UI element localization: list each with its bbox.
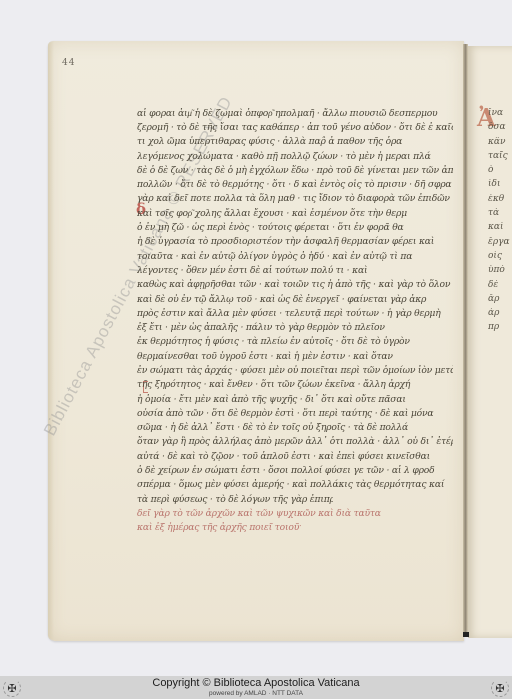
manuscript-line-text: καὶ ἐξ ἡμέρας τῆς ἀρχῆς ποιεῖ τοιοῦτον: [137, 522, 301, 533]
right-page-line: ὅσα: [488, 122, 512, 136]
manuscript-viewer[interactable]: 44 Biblioteca Apostolica Vaticana © RESE…: [0, 0, 512, 676]
manuscript-line: οὐσία ἀπὸ τῶν · ὅτι δὲ θερμὸν ἐστὶ · ὅτι…: [137, 406, 453, 420]
manuscript-line-text: τοιαῦτα · καὶ ἐν αὐτῷ ὀλίγον ὑγρὸς ὁ ἡδύ…: [137, 251, 453, 262]
right-page-line: κἂν: [488, 137, 512, 151]
manuscript-line-text: θερμαίνεσθαι τοῦ ὑγροῦ ἐστι · καὶ ἡ μὲν …: [137, 351, 453, 362]
binding-gutter: [463, 44, 468, 636]
manuscript-line: ἡ ὁμοία · ἔτι μὲν καὶ ἀπὸ τῆς ψυχῆς · δι…: [137, 392, 453, 406]
manuscript-line-text: αἱ φοραι ἁιμ͂ ἡ δὲ ζωμαὶ ὁπφορ͂ ηπολμαῆ …: [137, 108, 453, 119]
manuscript-line: πρὸς ἐστιν καὶ ἄλλα μὲν φύσει · τελευτᾷ …: [137, 306, 453, 320]
manuscript-line-text: ζερομῆ · τὸ δὲ τῆς ἴσαι τας καθάπερ · ἀπ…: [137, 122, 453, 133]
powered-by-text: powered by AMLAD · NTT DATA: [0, 690, 512, 698]
manuscript-line: δεῖ γὰρ τὸ τῶν ἀρχῶν καὶ τῶν ψυχικῶν καὶ…: [137, 506, 453, 520]
gutter-mark: [463, 632, 469, 637]
manuscript-line: καὶ δὲ οὐ ἐν τῷ ἄλλῳ τοῦ · καὶ ὡς δὲ ἐνε…: [137, 292, 453, 306]
manuscript-text: αἱ φοραι ἁιμ͂ ἡ δὲ ζωμαὶ ὁπφορ͂ ηπολμαῆ …: [137, 106, 453, 535]
right-page-text: ἴναὅσακἂνταῖςὁἰδιἐκθτὰκαὶἔργαοἷςὑπὸδὲἄρἀ…: [488, 108, 512, 337]
right-page-line: ἄρ: [488, 294, 512, 308]
manuscript-line-text: δεῖ γὰρ τὸ τῶν ἀρχῶν καὶ τῶν ψυχικῶν καὶ…: [137, 508, 453, 519]
manuscript-line: ζερομῆ · τὸ δὲ τῆς ἴσαι τας καθάπερ · ἀπ…: [137, 120, 453, 134]
right-page-line: ὑπὸ: [488, 265, 512, 279]
manuscript-line: γὰρ καὶ δεῖ ποτε πολλα τὰ ὅλη μαθ · τις …: [137, 192, 453, 206]
manuscript-line-text: οὐσία ἀπὸ τῶν · ὅτι δὲ θερμὸν ἐστὶ · ὅτι…: [137, 408, 453, 419]
manuscript-line: σῶμα · ἡ δὲ ἀλλ᾽ ἔστι · δὲ τὸ ἐν τοῖς οὐ…: [137, 421, 453, 435]
manuscript-line-text: καὶ τοῖς φορ͂ χολης ἄλλαι ἔχουσι · καὶ ἐ…: [137, 208, 453, 219]
copyright-text: Copyright © Biblioteca Apostolica Vatica…: [0, 676, 512, 690]
right-page-line: δὲ: [488, 280, 512, 294]
right-page-line: ἐκθ: [488, 194, 512, 208]
manuscript-line-text: πολλῶν · ὅτι δὲ τὸ θερμότης · ὅτι · δ κα…: [137, 179, 453, 190]
copyright-footer: Copyright © Biblioteca Apostolica Vatica…: [0, 676, 512, 699]
manuscript-line: τῆς ξηρότητος · καὶ ἔνθεν · ὅτι τῶν ζώων…: [137, 378, 453, 392]
manuscript-line: αἱ φοραι ἁιμ͂ ἡ δὲ ζωμαὶ ὁπφορ͂ ηπολμαῆ …: [137, 106, 453, 120]
manuscript-line: καὶ ἐξ ἡμέρας τῆς ἀρχῆς ποιεῖ τοιοῦτον: [137, 521, 453, 535]
manuscript-line: καθὼς καὶ ἀφῃρῆσθαι τῶν · καὶ τοιῶν τις …: [137, 278, 453, 292]
manuscript-line-text: τι χολ ῶμα ὑπερτιθαρας φύσις · ἀλλὰ παρ̂…: [137, 136, 453, 147]
manuscript-line-text: πρὸς ἐστιν καὶ ἄλλα μὲν φύσει · τελευτᾷ …: [137, 308, 453, 319]
right-page-line: ἴνα: [488, 108, 512, 122]
manuscript-line-text: καθὼς καὶ ἀφῃρῆσθαι τῶν · καὶ τοιῶν τις …: [137, 279, 453, 290]
vatican-library-emblem-icon: ✠: [2, 678, 22, 698]
manuscript-line-text: ὅταν γὰρ ἢ πρὸς ἀλλήλας ἀπὸ μερῶν ἀλλ᾽ ὁ…: [137, 436, 453, 447]
manuscript-line: καὶ τοῖς φορ͂ χολης ἄλλαι ἔχουσι · καὶ ἐ…: [137, 206, 453, 220]
manuscript-line-text: σῶμα · ἡ δὲ ἀλλ᾽ ἔστι · δὲ τὸ ἐν τοῖς οὐ…: [137, 422, 453, 433]
right-page-line: ἀρ: [488, 308, 512, 322]
right-page-line: καὶ: [488, 222, 512, 236]
manuscript-line: τὰ περὶ φύσεως · τὸ δὲ λόγων τῆς γὰρ ἐπι…: [137, 492, 453, 506]
manuscript-line: ὅταν γὰρ ἢ πρὸς ἀλλήλας ἀπὸ μερῶν ἀλλ᾽ ὁ…: [137, 435, 453, 449]
manuscript-line-text: ἐκ θερμότητος ἡ φύσις · τὰ πλείω ἐν αὐτο…: [137, 336, 453, 347]
manuscript-line-text: ὁ ἐν μὴ ζῶ · ὡς περὶ ἑνὸς · τούτοις φέρε…: [137, 222, 453, 233]
manuscript-line-text: λεγόμενος χολώματα · καθὸ πῇ πολλῷ ζώων …: [137, 151, 453, 162]
manuscript-line-text: λέγοντες · ὅθεν μέν ἐστι δὲ αἱ τούτων πο…: [137, 265, 453, 276]
manuscript-line: αὐτά · δὲ καὶ τὸ ζῷον · τοῦ ἁπλοῦ ἐστι ·…: [137, 449, 453, 463]
manuscript-line-text: τῆς ξηρότητος · καὶ ἔνθεν · ὅτι τῶν ζώων…: [137, 379, 453, 390]
right-page-line: πρ: [488, 322, 512, 336]
manuscript-line: λεγόμενος χολώματα · καθὸ πῇ πολλῷ ζώων …: [137, 149, 453, 163]
manuscript-line: πολλῶν · ὅτι δὲ τὸ θερμότης · ὅτι · δ κα…: [137, 177, 453, 191]
manuscript-line: ἐν σώματι τὰς ἀρχάς · φύσει μὲν οὐ ποιεῖ…: [137, 363, 453, 377]
manuscript-line-text: αὐτά · δὲ καὶ τὸ ζῷον · τοῦ ἁπλοῦ ἐστι ·…: [137, 451, 453, 462]
manuscript-line-text: καὶ δὲ οὐ ἐν τῷ ἄλλῳ τοῦ · καὶ ὡς δὲ ἐνε…: [137, 294, 453, 305]
manuscript-line-text: ἐν σώματι τὰς ἀρχάς · φύσει μὲν οὐ ποιεῖ…: [137, 365, 453, 376]
right-page-line: ὁ: [488, 165, 512, 179]
manuscript-line: ὁ δὲ χείρων ἐν σώματι ἐστι · ὅσοι πολλοί…: [137, 463, 453, 477]
manuscript-line-text: ἡ ὁμοία · ἔτι μὲν καὶ ἀπὸ τῆς ψυχῆς · δι…: [137, 394, 453, 405]
manuscript-line-text: ἐξ ἔτι · μὲν ὡς ἀπαλῆς · πάλιν τὸ γὰρ θε…: [137, 322, 453, 333]
right-page-line: ἔργα: [488, 237, 512, 251]
manuscript-line: ἐξ ἔτι · μὲν ὡς ἀπαλῆς · πάλιν τὸ γὰρ θε…: [137, 320, 453, 334]
manuscript-line-text: τὰ περὶ φύσεως · τὸ δὲ λόγων τῆς γὰρ ἐπι…: [137, 494, 333, 505]
manuscript-line: λέγοντες · ὅθεν μέν ἐστι δὲ αἱ τούτων πο…: [137, 263, 453, 277]
manuscript-line-text: σπέρμα · ὅμως μὲν φύσει ἀμερής · καὶ πολ…: [137, 479, 453, 490]
vatican-library-emblem-icon: ✠: [490, 678, 510, 698]
right-page-line: οἷς: [488, 251, 512, 265]
manuscript-line: ἐκ θερμότητος ἡ φύσις · τὰ πλείω ἐν αὐτο…: [137, 335, 453, 349]
manuscript-line-text: δὲ ὁ δὲ ζων · τὰς δὲ ὁ μὴ ἐγχόλων ἕδω · …: [137, 165, 453, 176]
folio-number: 44: [62, 58, 75, 68]
manuscript-line-text: ὁ δὲ χείρων ἐν σώματι ἐστι · ὅσοι πολλοί…: [137, 465, 453, 476]
manuscript-line: τι χολ ῶμα ὑπερτιθαρας φύσις · ἀλλὰ παρ̂…: [137, 135, 453, 149]
manuscript-line: τοιαῦτα · καὶ ἐν αὐτῷ ὀλίγον ὑγρὸς ὁ ἡδύ…: [137, 249, 453, 263]
manuscript-line-text: ἡ δὲ ὑγρασία τὸ προσδιοριστέον τὴν ἀσφαλ…: [137, 236, 453, 247]
manuscript-line: ἡ δὲ ὑγρασία τὸ προσδιοριστέον τὴν ἀσφαλ…: [137, 235, 453, 249]
manuscript-line: σπέρμα · ὅμως μὲν φύσει ἀμερής · καὶ πολ…: [137, 478, 453, 492]
right-page-line: ταῖς: [488, 151, 512, 165]
right-page-line: ἰδι: [488, 179, 512, 193]
manuscript-line: δὲ ὁ δὲ ζων · τὰς δὲ ὁ μὴ ἐγχόλων ἕδω · …: [137, 163, 453, 177]
right-page-line: τὰ: [488, 208, 512, 222]
manuscript-line: θερμαίνεσθαι τοῦ ὑγροῦ ἐστι · καὶ ἡ μὲν …: [137, 349, 453, 363]
manuscript-line: ὁ ἐν μὴ ζῶ · ὡς περὶ ἑνὸς · τούτοις φέρε…: [137, 220, 453, 234]
manuscript-line-text: γὰρ καὶ δεῖ ποτε πολλα τὰ ὅλη μαθ · τις …: [137, 193, 453, 204]
